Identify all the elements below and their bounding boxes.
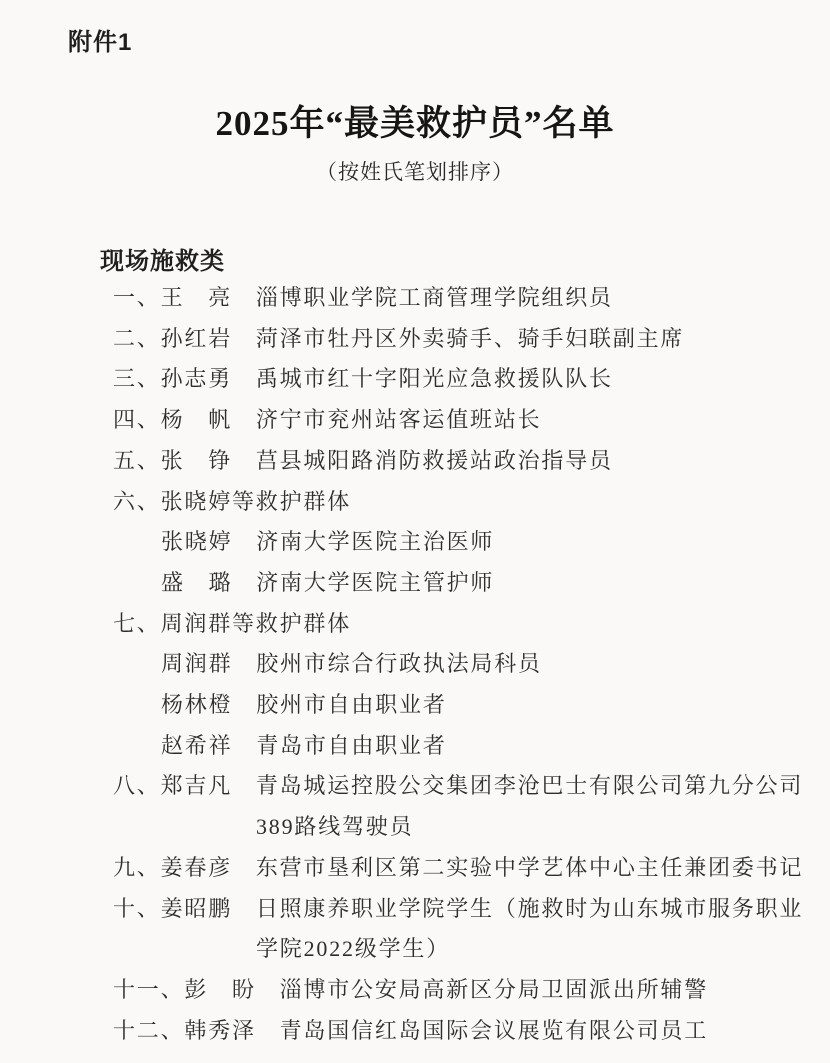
- entry-name: 姜春彦: [161, 855, 232, 880]
- member-description: 济南大学医院主治医师: [256, 529, 494, 554]
- entry-description: 济宁市兖州站客运值班站长: [256, 407, 542, 432]
- entry-number: 九、: [113, 855, 161, 880]
- list-entry: 八、郑吉凡 青岛城运控股公交集团李沧巴士有限公司第九分公司389路线驾驶员: [113, 766, 807, 847]
- group-member-row: 赵希祥 青岛市自由职业者: [113, 726, 807, 767]
- entry-number: 四、: [113, 407, 161, 432]
- entry-number: 一、: [113, 285, 161, 310]
- member-description: 济南大学医院主管护师: [256, 570, 494, 595]
- entry-number: 二、: [113, 326, 161, 351]
- attachment-label: 附件1: [68, 22, 132, 57]
- group-member-row: 杨林橙 胶州市自由职业者: [113, 685, 807, 726]
- entry-name: 张 铮: [161, 448, 232, 473]
- group-member-row: 盛 璐 济南大学医院主管护师: [113, 563, 807, 604]
- list-entry: 七、周润群等救护群体: [113, 604, 807, 645]
- entry-name: 孙红岩: [161, 326, 232, 351]
- entry-description: 青岛城运控股公交集团李沧巴士有限公司第九分公司389路线驾驶员: [256, 773, 803, 839]
- entry-name: 彭 盼: [184, 977, 255, 1002]
- entry-number: 五、: [113, 448, 161, 473]
- list-entry: 四、杨 帆 济宁市兖州站客运值班站长: [113, 400, 807, 441]
- entry-name: 韩秀泽: [184, 1018, 255, 1043]
- entry-description: 禹城市红十字阳光应急救援队队长: [256, 366, 613, 391]
- member-name: 张晓婷: [161, 529, 232, 554]
- entry-description: 东营市垦利区第二实验中学艺体中心主任兼团委书记: [256, 855, 803, 880]
- member-name: 赵希祥: [161, 733, 232, 758]
- list-entry: 六、张晓婷等救护群体: [113, 482, 807, 523]
- entry-name: 张晓婷等救护群体: [161, 489, 351, 514]
- entry-number: 七、: [113, 611, 161, 636]
- entry-number: 十、: [113, 896, 161, 921]
- list-entry: 三、孙志勇 禹城市红十字阳光应急救援队队长: [113, 359, 807, 400]
- entry-name: 孙志勇: [161, 366, 232, 391]
- entry-description: 日照康养职业学院学生（施救时为山东城市服务职业学院2022级学生）: [256, 896, 803, 962]
- entry-name: 周润群等救护群体: [161, 611, 351, 636]
- group-member-row: 张晓婷 济南大学医院主治医师: [113, 522, 807, 563]
- awardee-list: 一、王 亮 淄博职业学院工商管理学院组织员二、孙红岩 菏泽市牡丹区外卖骑手、骑手…: [113, 278, 807, 1051]
- member-name: 杨林橙: [161, 692, 232, 717]
- list-entry: 二、孙红岩 菏泽市牡丹区外卖骑手、骑手妇联副主席: [113, 319, 807, 360]
- list-entry: 十二、韩秀泽 青岛国信红岛国际会议展览有限公司员工: [113, 1011, 807, 1052]
- member-description: 青岛市自由职业者: [256, 733, 446, 758]
- entry-description: 淄博职业学院工商管理学院组织员: [256, 285, 613, 310]
- entry-description: 莒县城阳路消防救援站政治指导员: [256, 448, 613, 473]
- entry-number: 六、: [113, 489, 161, 514]
- list-entry: 五、张 铮 莒县城阳路消防救援站政治指导员: [113, 441, 807, 482]
- entry-name: 王 亮: [161, 285, 232, 310]
- entry-number: 十一、: [113, 977, 184, 1002]
- entry-number: 三、: [113, 366, 161, 391]
- section-heading: 现场施救类: [100, 241, 225, 276]
- member-description: 胶州市自由职业者: [256, 692, 446, 717]
- list-entry: 九、姜春彦 东营市垦利区第二实验中学艺体中心主任兼团委书记: [113, 848, 807, 889]
- page-title: 2025年“最美救护员”名单: [0, 96, 830, 146]
- group-member-row: 周润群 胶州市综合行政执法局科员: [113, 644, 807, 685]
- entry-description: 淄博市公安局高新区分局卫固派出所辅警: [280, 977, 708, 1002]
- entry-description: 菏泽市牡丹区外卖骑手、骑手妇联副主席: [256, 326, 684, 351]
- list-entry: 十、姜昭鹏 日照康养职业学院学生（施救时为山东城市服务职业学院2022级学生）: [113, 889, 807, 970]
- entry-number: 十二、: [113, 1018, 184, 1043]
- entry-name: 杨 帆: [161, 407, 232, 432]
- list-entry: 十一、彭 盼 淄博市公安局高新区分局卫固派出所辅警: [113, 970, 807, 1011]
- list-entry: 一、王 亮 淄博职业学院工商管理学院组织员: [113, 278, 807, 319]
- member-name: 盛 璐: [161, 570, 232, 595]
- document-page: 附件1 2025年“最美救护员”名单 （按姓氏笔划排序） 现场施救类 一、王 亮…: [0, 0, 830, 1063]
- entry-name: 姜昭鹏: [161, 896, 232, 921]
- entry-number: 八、: [113, 773, 161, 798]
- member-name: 周润群: [161, 651, 232, 676]
- entry-description: 青岛国信红岛国际会议展览有限公司员工: [280, 1018, 708, 1043]
- page-subtitle: （按姓氏笔划排序）: [0, 156, 830, 186]
- entry-name: 郑吉凡: [161, 773, 232, 798]
- member-description: 胶州市综合行政执法局科员: [256, 651, 542, 676]
